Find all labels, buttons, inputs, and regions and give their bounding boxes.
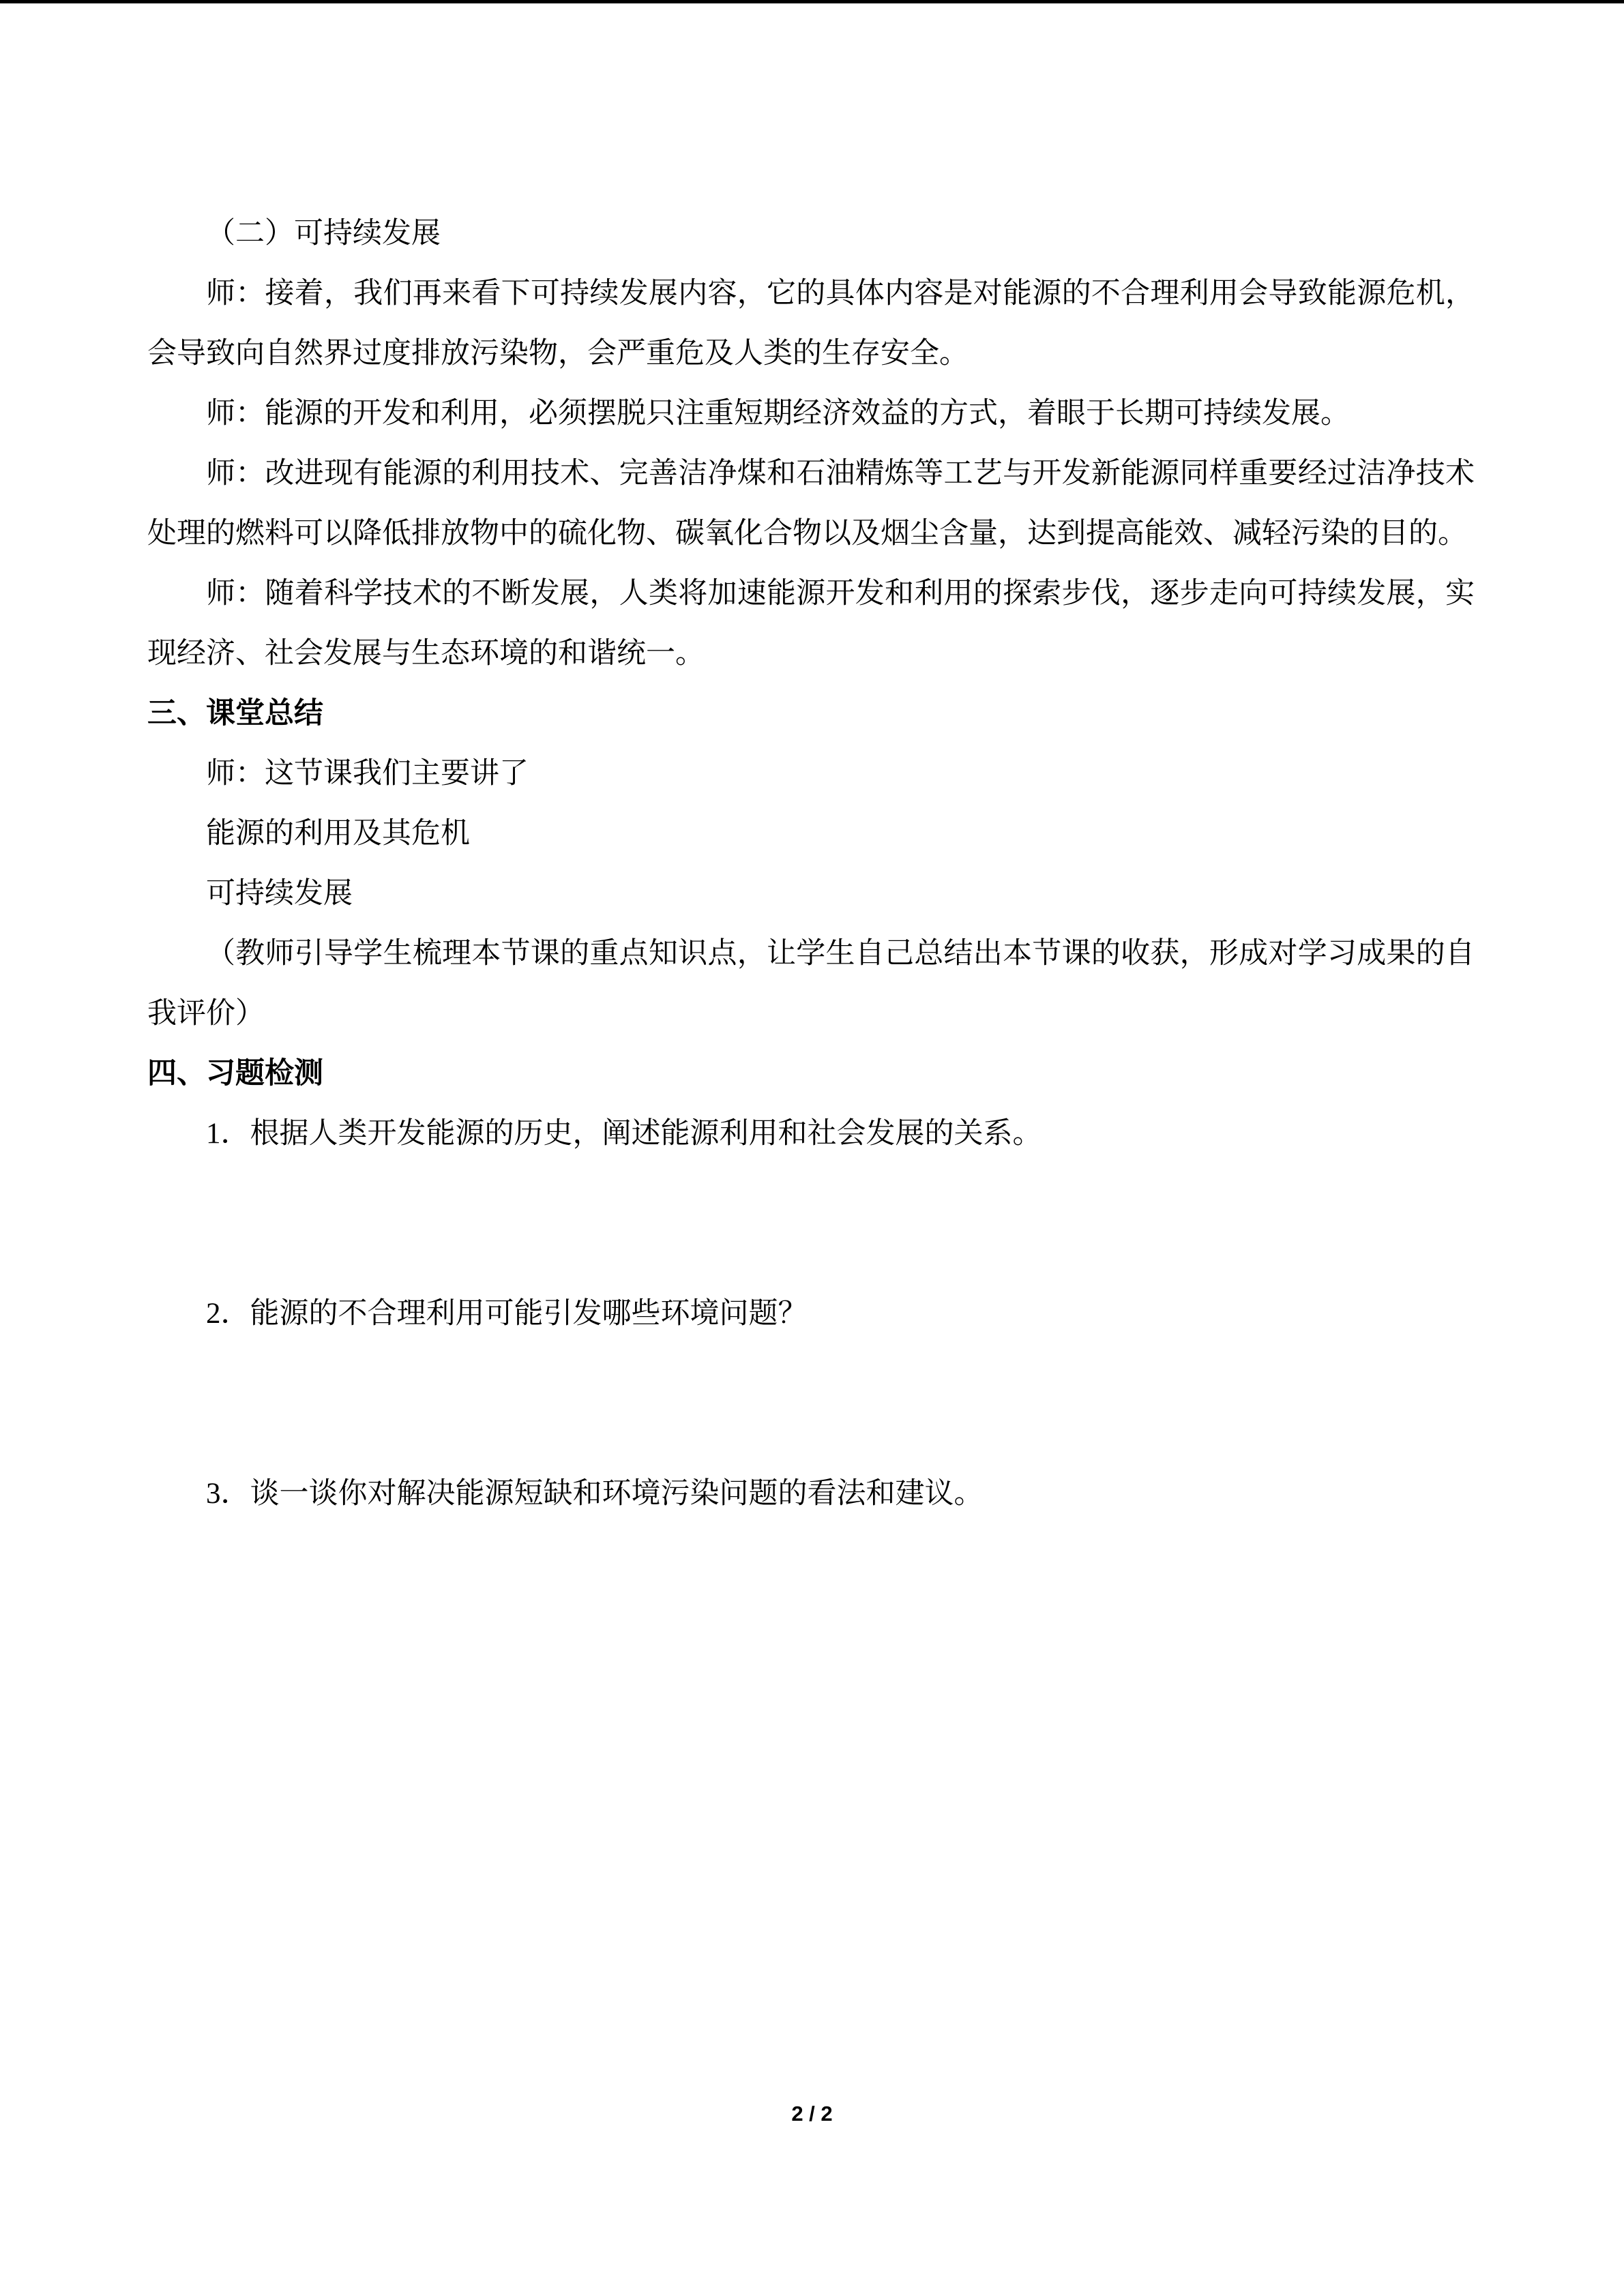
paragraph-teacher-line: 师：改进现有能源的利用技术、完善洁净煤和石油精炼等工艺与开发新能源同样重要经过洁… — [147, 444, 1475, 564]
section-heading-exercises: 四、习题检测 — [147, 1044, 1475, 1104]
top-edge-scan-artifact — [0, 0, 1624, 3]
paragraph-teacher-line: 师：随着科学技术的不断发展，人类将加速能源开发和利用的探索步伐，逐步走向可持续发… — [147, 564, 1475, 684]
paragraph-summary-point: 能源的利用及其危机 — [147, 804, 1475, 864]
paragraph-teacher-note: （教师引导学生梳理本节课的重点知识点，让学生自己总结出本节课的收获，形成对学习成… — [147, 924, 1475, 1044]
paragraph-teacher-line: 师：这节课我们主要讲了 — [147, 744, 1475, 804]
page-number: 2 / 2 — [0, 2102, 1624, 2126]
section-heading-summary: 三、课堂总结 — [147, 684, 1475, 744]
exercise-question-1: 1．根据人类开发能源的历史，阐述能源利用和社会发展的关系。 — [147, 1104, 1475, 1164]
paragraph-teacher-line: 师：能源的开发和利用，必须摆脱只注重短期经济效益的方式，着眼于长期可持续发展。 — [147, 384, 1475, 444]
exercise-question-2: 2．能源的不合理利用可能引发哪些环境问题？ — [147, 1284, 1475, 1344]
document-page: { "page": { "background_color": "#ffffff… — [0, 0, 1624, 2296]
exercise-question-3: 3．谈一谈你对解决能源短缺和环境污染问题的看法和建议。 — [147, 1464, 1475, 1524]
paragraph-teacher-line: 师：接着，我们再来看下可持续发展内容，它的具体内容是对能源的不合理利用会导致能源… — [147, 264, 1475, 384]
subsection-label: （二）可持续发展 — [147, 204, 1475, 264]
paragraph-summary-point: 可持续发展 — [147, 864, 1475, 924]
document-body: （二）可持续发展 师：接着，我们再来看下可持续发展内容，它的具体内容是对能源的不… — [147, 204, 1475, 1524]
